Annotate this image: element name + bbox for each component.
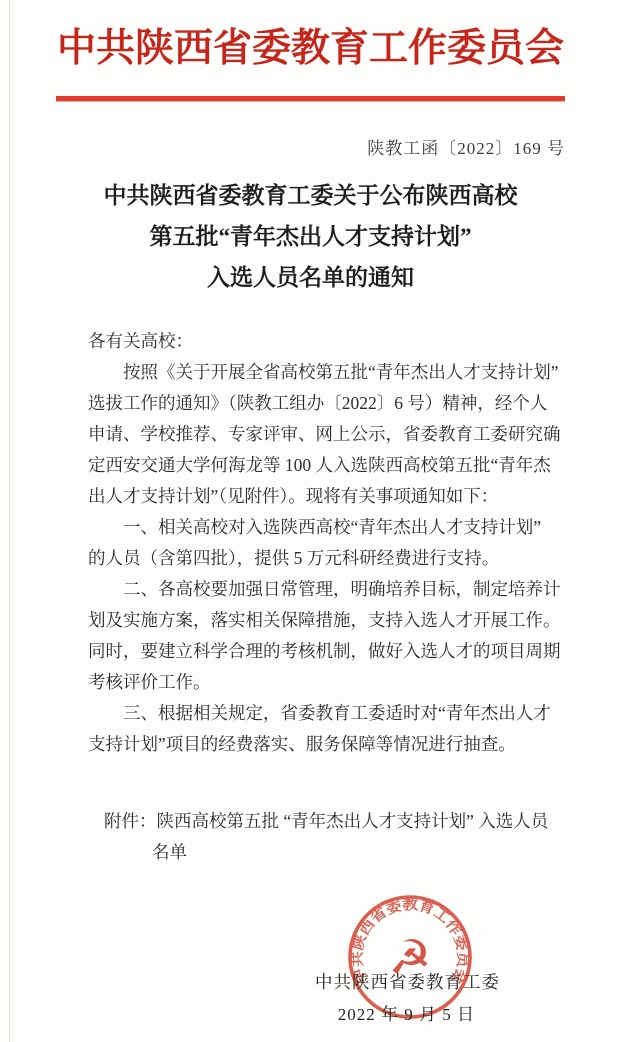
body-line: 划及实施方案，落实相关保障措施，支持入选人才开展工作。: [88, 605, 563, 636]
body-line: 一、相关高校对入选陕西高校“青年杰出人才支持计划”: [88, 512, 563, 543]
body-line: 考核评价工作。: [88, 667, 563, 698]
signature-date: 2022 年 9 月 5 日: [338, 1000, 475, 1025]
attachment-note: 附件：陕西高校第五批 “青年杰出人才支持计划” 入选人员 名单: [0, 806, 621, 868]
document-number: 陕教工函〔2022〕169 号: [0, 139, 621, 159]
body-line: 定西安交通大学何海龙等 100 人入选陕西高校第五批“青年杰: [88, 450, 563, 481]
body-line: 选拔工作的通知》（陕教工组办〔2022〕6 号）精神，经个人: [88, 388, 563, 419]
signature-block: 中共陕西省委教育工作委员会 ☭ 中共陕西省委教育工委 2022 年 9 月 5 …: [0, 868, 621, 1042]
body-line: 出人才支持计划”（见附件）。现将有关事项通知如下：: [88, 481, 563, 512]
attachment-line-1: 附件：陕西高校第五批 “青年杰出人才支持计划” 入选人员: [104, 806, 621, 837]
body-line: 按照《关于开展全省高校第五批“青年杰出人才支持计划”: [88, 357, 563, 388]
body-line: 申请、学校推荐、专家评审、网上公示，省委教育工委研究确: [88, 419, 563, 450]
title-line-1: 中共陕西省委教育工委关于公布陕西高校: [0, 175, 621, 216]
agency-header: 中共陕西省委教育工作委员会: [0, 0, 621, 74]
attachment-line-2: 名单: [104, 837, 621, 868]
body-line: 二、各高校要加强日常管理，明确培养目标，制定培养计: [88, 574, 563, 605]
document-body: 各有关高校： 按照《关于开展全省高校第五批“青年杰出人才支持计划” 选拔工作的通…: [0, 326, 621, 760]
signature-name: 中共陕西省委教育工委: [315, 969, 500, 994]
body-line: 同时，要建立科学合理的考核机制，做好入选人才的项目周期: [88, 636, 563, 667]
body-line: 三、根据相关规定，省委教育工委适时对“青年杰出人才: [88, 698, 563, 729]
title-line-3: 入选人员名单的通知: [0, 257, 621, 298]
title-line-2: 第五批“青年杰出人才支持计划”: [0, 216, 621, 257]
document-page: 中共陕西省委教育工作委员会 陕教工函〔2022〕169 号 中共陕西省委教育工委…: [0, 0, 621, 1042]
document-title: 中共陕西省委教育工委关于公布陕西高校 第五批“青年杰出人才支持计划” 入选人员名…: [0, 175, 621, 298]
body-line: 支持计划”项目的经费落实、服务保障等情况进行抽查。: [88, 729, 563, 760]
red-header-rule: [56, 96, 565, 101]
body-line: 各有关高校：: [88, 326, 563, 357]
body-line: 的人员（含第四批），提供 5 万元科研经费进行支持。: [88, 543, 563, 574]
